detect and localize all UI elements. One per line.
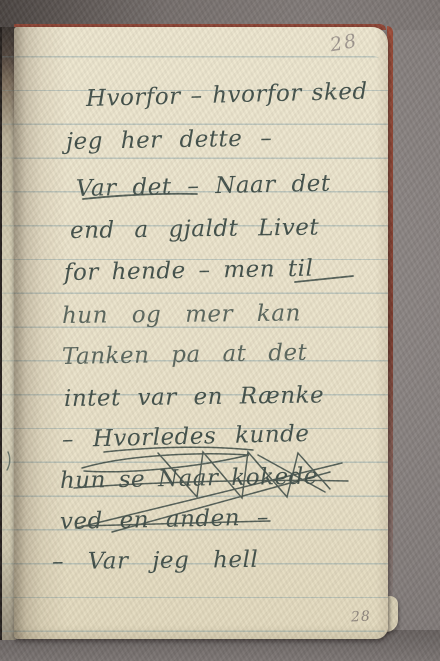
manuscript-line-1: Hvorfor – hvorfor sked bbox=[86, 81, 368, 111]
manuscript-line-2: jeg her dette – bbox=[66, 127, 273, 154]
manuscript-line-12: – Var jeg hell bbox=[52, 549, 258, 574]
page-number-top: 28 bbox=[328, 30, 360, 57]
manuscript-line-7: Tanken pa at det bbox=[62, 342, 308, 369]
manuscript-line-10: hun se Naar kokede bbox=[60, 465, 318, 492]
page-number-bottom: 28 bbox=[351, 608, 372, 625]
manuscript-line-5: for hende – men til bbox=[64, 258, 314, 285]
manuscript-line-8: intet var en Rænke bbox=[64, 384, 324, 411]
manuscript-line-3: Var det – Naar det bbox=[76, 173, 331, 201]
handwriting-layer: Hvorfor – hvorfor sked jeg her dette – V… bbox=[0, 0, 440, 661]
manuscript-line-4: end a gjaldt Livet bbox=[70, 217, 319, 243]
notebook-photo: Hvorfor – hvorfor sked jeg her dette – V… bbox=[0, 0, 440, 661]
manuscript-line-9: – Hvorledes kunde bbox=[62, 423, 310, 452]
manuscript-line-11: ved en anden – bbox=[60, 507, 269, 534]
manuscript-line-6: hun og mer kan bbox=[62, 302, 301, 327]
